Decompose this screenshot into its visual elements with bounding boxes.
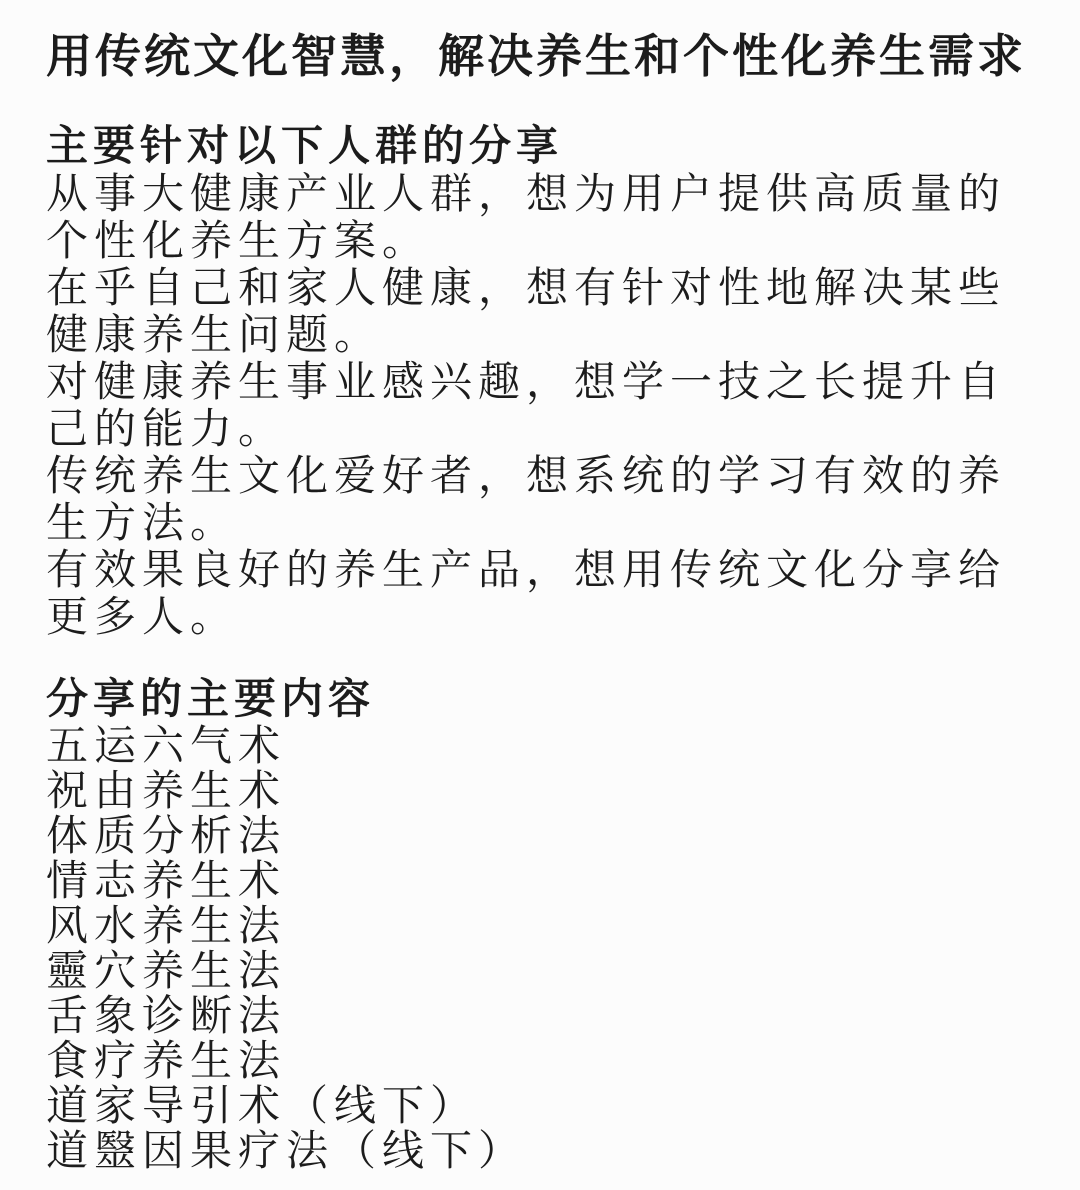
list-item-zhuyou: 祝由养生术 [46,768,1042,813]
content-section: 分享的主要内容 五运六气术 祝由养生术 体质分析法 情志养生术 风水养生法 靈穴… [46,675,1042,1173]
list-item-lingxue: 靈穴养生法 [46,948,1042,993]
list-item-qingzhi: 情志养生术 [46,858,1042,903]
audience-section-heading: 主要针对以下人群的分享 [46,122,1042,170]
list-item-shexiang-zhenduan: 舌象诊断法 [46,993,1042,1038]
list-item-daoyi-yinguo: 道毉因果疗法（线下） [46,1128,1042,1173]
content-list: 五运六气术 祝由养生术 体质分析法 情志养生术 风水养生法 靈穴养生法 舌象诊断… [46,723,1042,1173]
list-item-wuyun-liuqi: 五运六气术 [46,723,1042,768]
list-item-daojia-daoyin: 道家导引术（线下） [46,1083,1042,1128]
list-item-tizhi-fenxi: 体质分析法 [46,813,1042,858]
document-page: 用传统文化智慧，解决养生和个性化养生需求 主要针对以下人群的分享 从事大健康产业… [0,0,1080,1190]
page-title: 用传统文化智慧，解决养生和个性化养生需求 [46,30,1042,82]
content-section-heading: 分享的主要内容 [46,675,1042,723]
audience-paragraph-2: 在乎自己和家人健康，想有针对性地解决某些健康养生问题。 [46,264,1046,358]
list-item-fengshui: 风水养生法 [46,903,1042,948]
list-item-shiliao: 食疗养生法 [46,1038,1042,1083]
audience-section: 主要针对以下人群的分享 从事大健康产业人群，想为用户提供高质量的个性化养生方案。… [46,122,1042,640]
audience-paragraph-4: 传统养生文化爱好者，想系统的学习有效的养生方法。 [46,452,1046,546]
audience-paragraph-1: 从事大健康产业人群，想为用户提供高质量的个性化养生方案。 [46,170,1046,264]
audience-paragraph-3: 对健康养生事业感兴趣，想学一技之长提升自己的能力。 [46,358,1046,452]
audience-paragraph-5: 有效果良好的养生产品，想用传统文化分享给更多人。 [46,546,1046,640]
audience-paragraphs: 从事大健康产业人群，想为用户提供高质量的个性化养生方案。 在乎自己和家人健康，想… [46,170,1046,640]
